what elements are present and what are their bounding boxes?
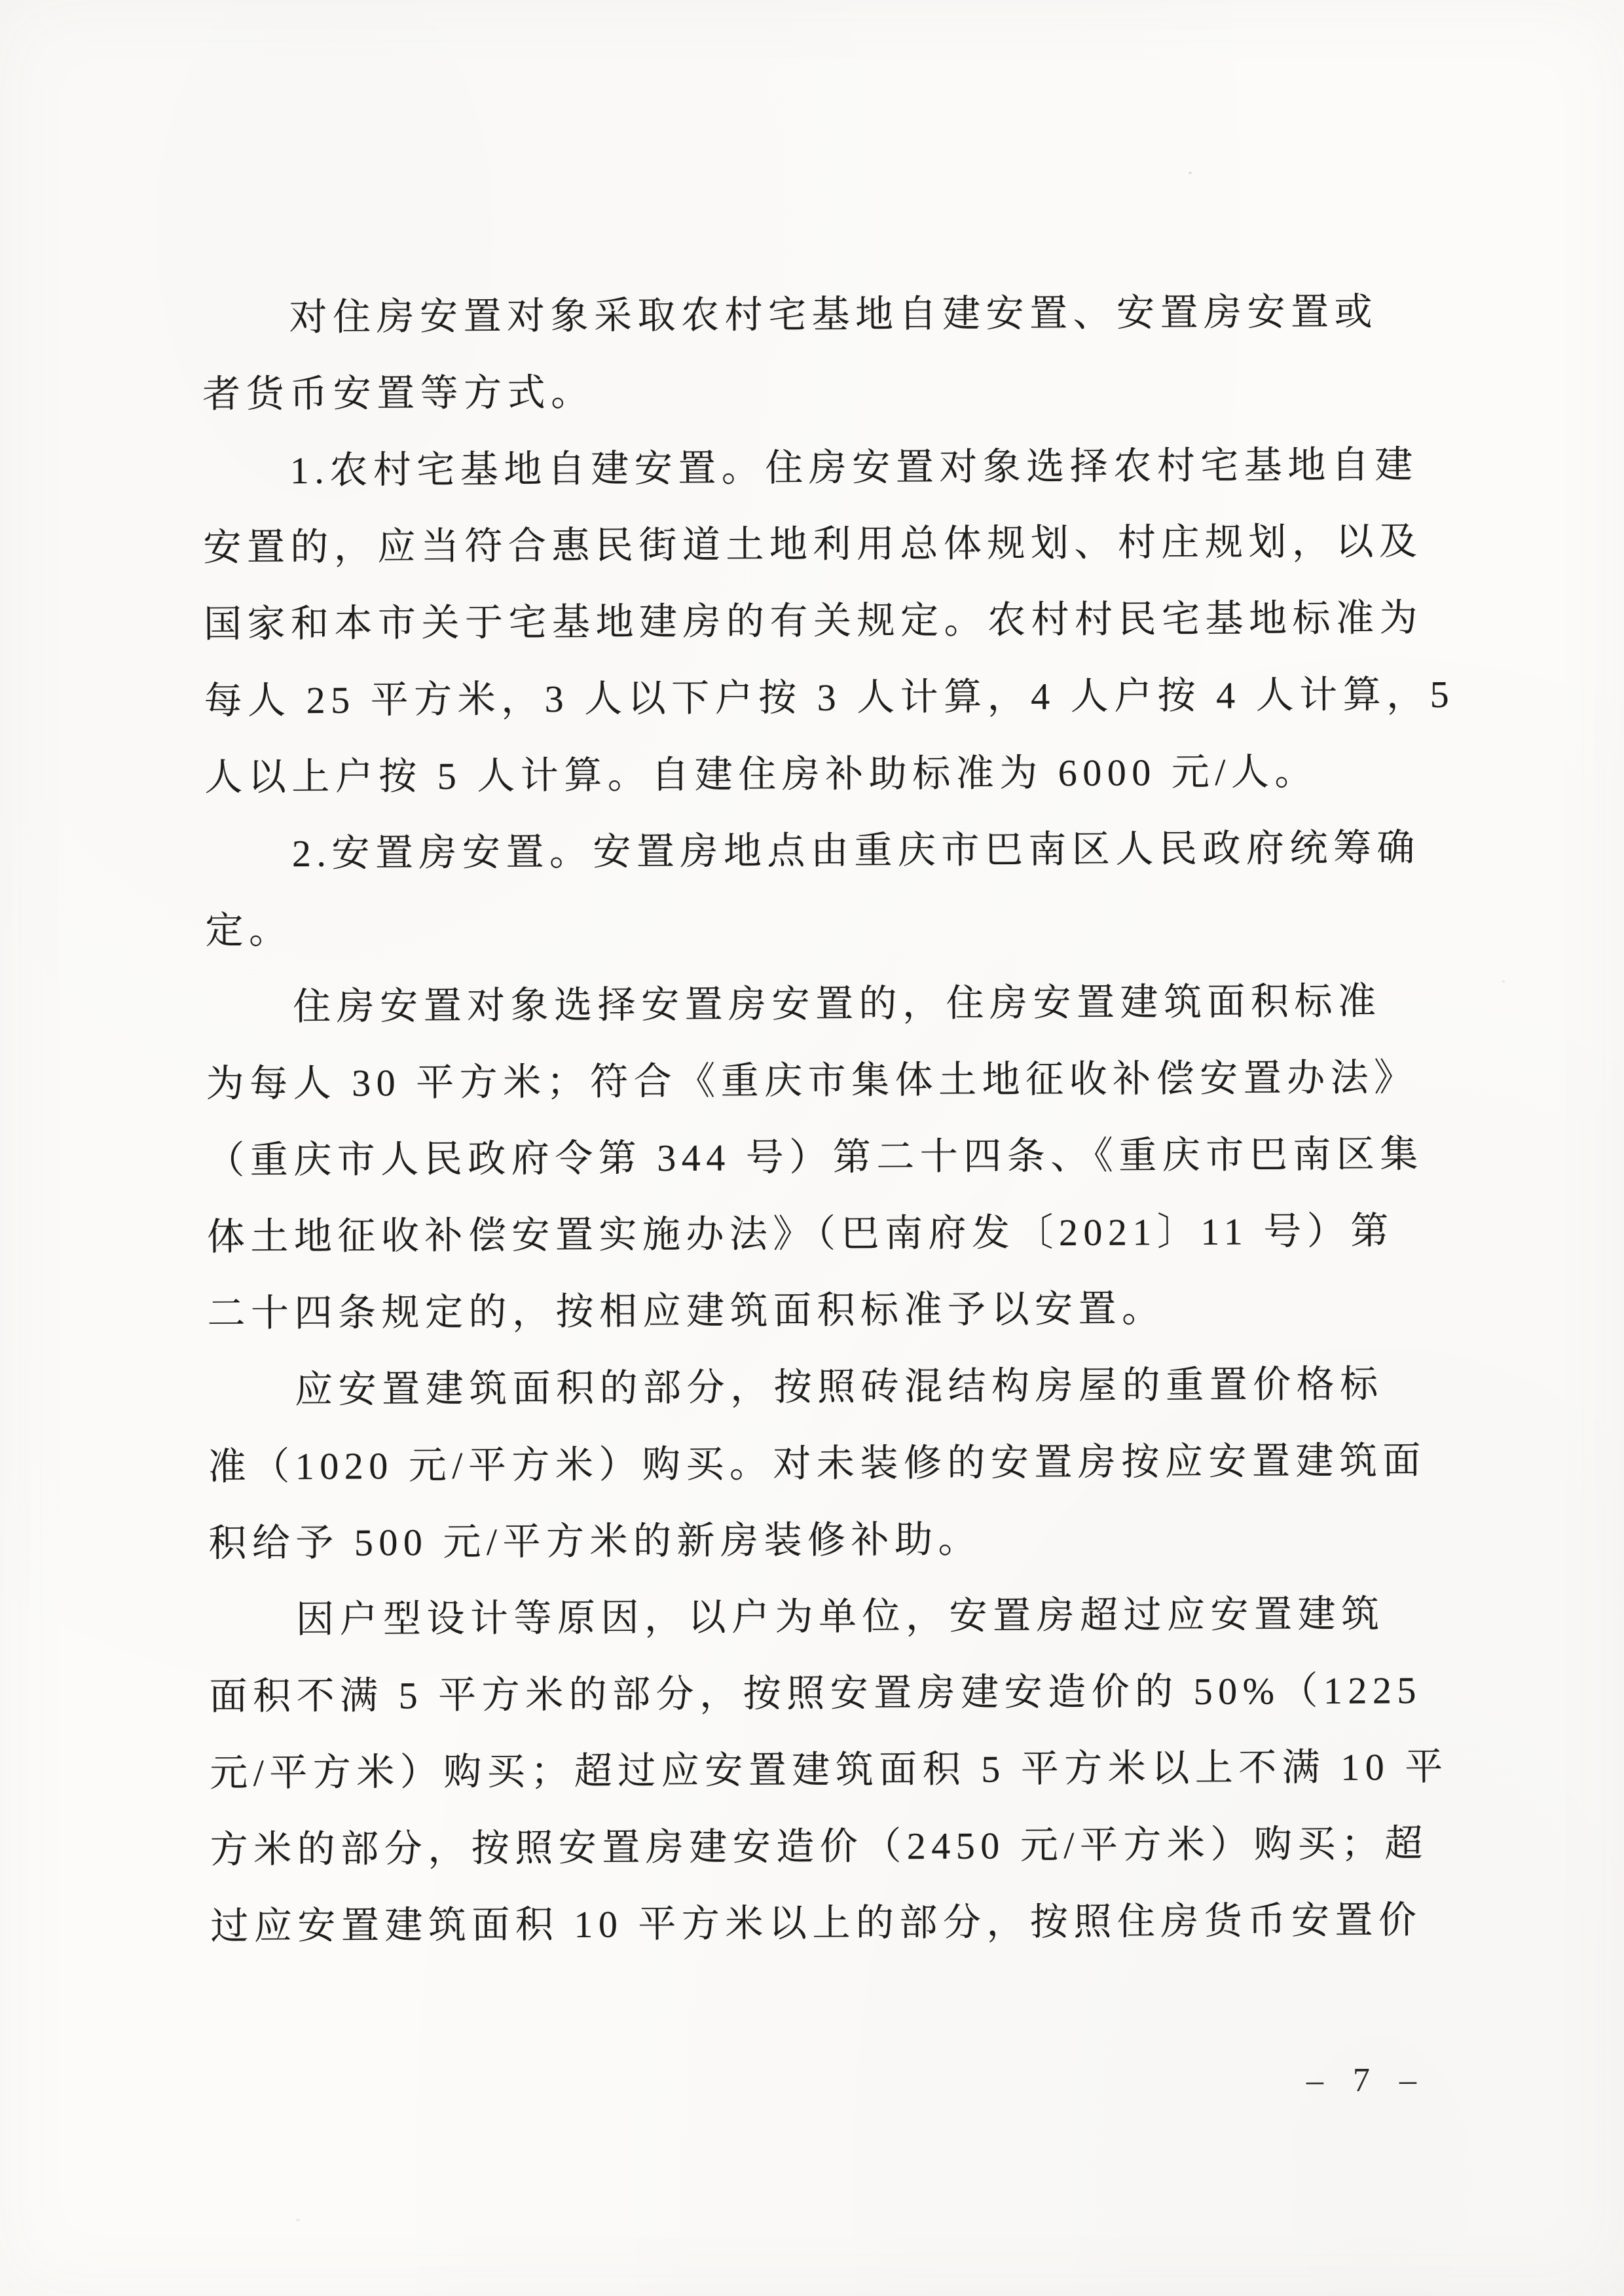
text-line: 体土地征收补偿安置实施办法》（巴南府发〔2021〕11 号）第: [207, 1192, 1432, 1275]
text-line: 人以上户按 5 人计算。自建住房补助标准为 6000 元/人。: [204, 733, 1430, 816]
text-line: 方米的部分，按照安置房建安造价（2450 元/平方米）购买；超: [210, 1805, 1435, 1888]
text-line: 准（1020 元/平方米）购买。对未装修的安置房按应安置建筑面: [208, 1422, 1433, 1505]
text-line: 定。: [205, 886, 1430, 969]
text-line: 元/平方米）购买；超过应安置建筑面积 5 平方米以上不满 10 平: [210, 1728, 1435, 1812]
text-line: 住房安置对象选择安置房安置的，住房安置建筑面积标准: [206, 962, 1431, 1046]
text-line: 二十四条规定的，按相应建筑面积标准予以安置。: [207, 1269, 1432, 1352]
text-line: 每人 25 平方米，3 人以下户按 3 人计算，4 人户按 4 人计算，5: [204, 656, 1429, 739]
text-line: 过应安置建筑面积 10 平方米以上的部分，按照住房货币安置价: [210, 1882, 1435, 1965]
scan-speck: [1502, 980, 1505, 983]
scan-speck: [1189, 172, 1192, 174]
text-line: 面积不满 5 平方米的部分，按照安置房建安造价的 50%（1225: [209, 1652, 1434, 1735]
text-line: （重庆市人民政府令第 344 号）第二十四条、《重庆市巴南区集: [206, 1116, 1431, 1199]
text-line: 对住房安置对象采取农村宅基地自建安置、安置房安置或: [202, 273, 1427, 356]
page-number: – 7 –: [1306, 2061, 1427, 2100]
text-line: 国家和本市关于宅基地建房的有关规定。农村村民宅基地标准为: [204, 579, 1429, 663]
body-text: 对住房安置对象采取农村宅基地自建安置、安置房安置或者货币安置等方式。1.农村宅基…: [202, 273, 1435, 1965]
text-line: 安置的，应当符合惠民街道土地利用总体规划、村庄规划，以及: [203, 503, 1428, 586]
document-page: 对住房安置对象采取农村宅基地自建安置、安置房安置或者货币安置等方式。1.农村宅基…: [0, 0, 1624, 2296]
text-line: 应安置建筑面积的部分，按照砖混结构房屋的重置价格标: [208, 1345, 1433, 1429]
text-line: 者货币安置等方式。: [202, 350, 1428, 433]
text-line: 因户型设计等原因，以户为单位，安置房超过应安置建筑: [209, 1575, 1434, 1658]
text-line: 为每人 30 平方米；符合《重庆市集体土地征收补偿安置办法》: [206, 1039, 1431, 1122]
text-line: 2.安置房安置。安置房地点由重庆市巴南区人民政府统筹确: [205, 809, 1430, 892]
text-line: 积给予 500 元/平方米的新房装修补助。: [208, 1499, 1433, 1582]
text-line: 1.农村宅基地自建安置。住房安置对象选择农村宅基地自建: [202, 426, 1428, 509]
scan-speck: [296, 2219, 300, 2221]
